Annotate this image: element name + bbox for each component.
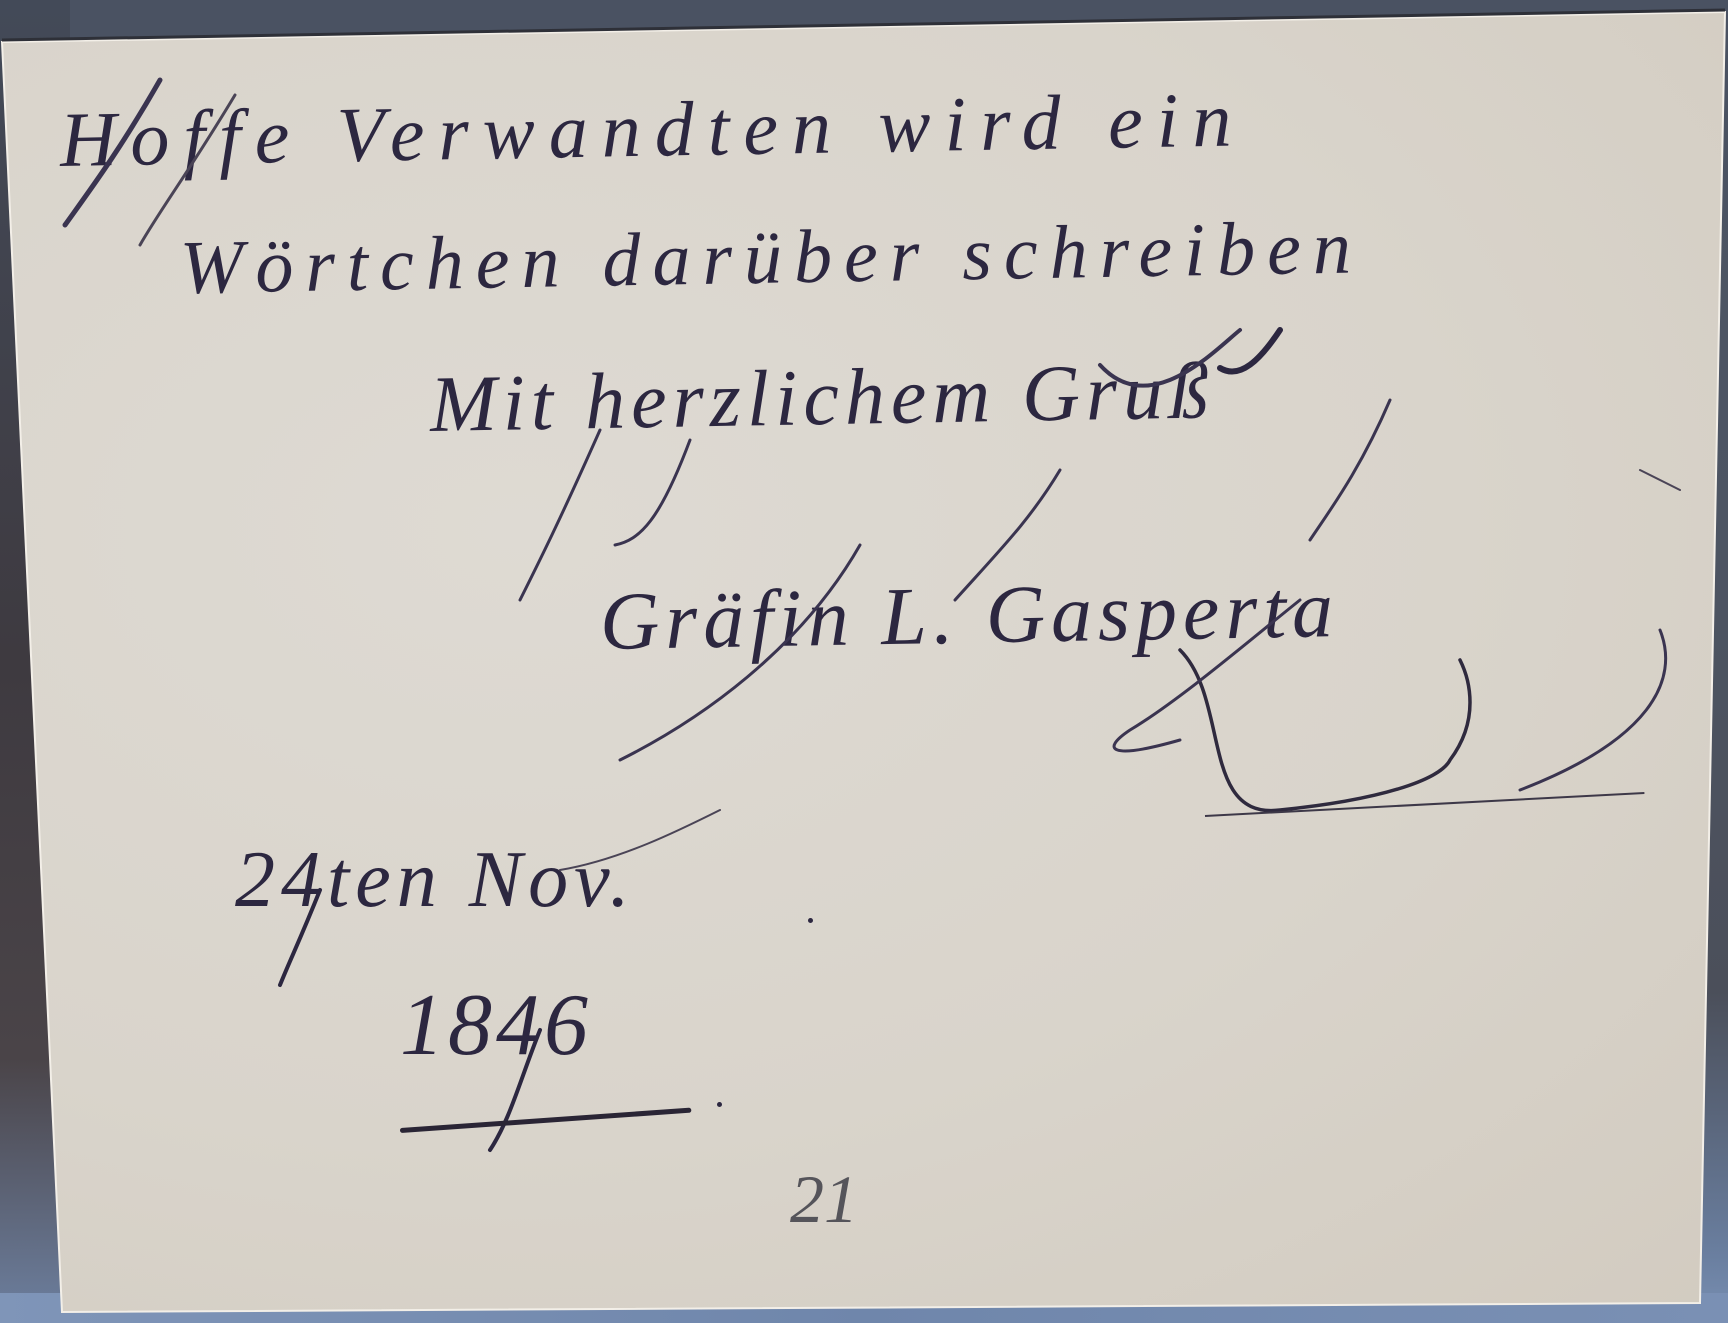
date-day-month: 24ten Nov. bbox=[235, 835, 636, 926]
year-period-dot bbox=[717, 1102, 722, 1107]
closing-greeting: Mit herzlichem Gruß bbox=[429, 346, 1215, 451]
page-number: 21 bbox=[790, 1160, 858, 1239]
date-period-dot bbox=[808, 918, 813, 923]
signature: Gräfin L. Gasperta bbox=[599, 562, 1340, 669]
date-year: 1846 bbox=[400, 975, 592, 1076]
